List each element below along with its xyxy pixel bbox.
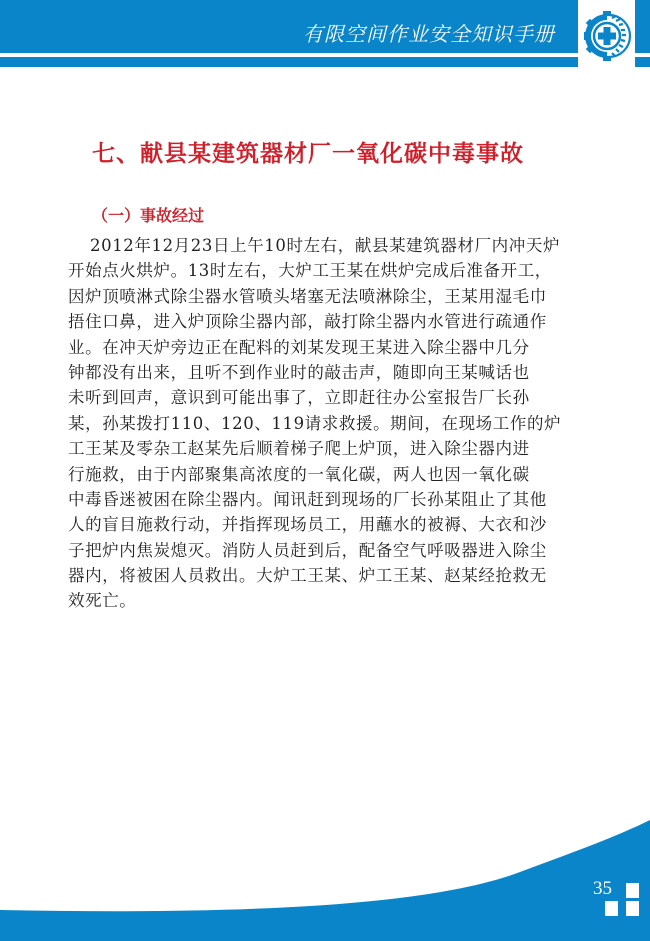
paragraph-line: 人的盲目施救行动，并指挥现场员工，用蘸水的被褥、大衣和沙	[68, 512, 595, 537]
paragraph-line: 开始点火烘炉。13时左右，大炉工王某在烘炉完成后准备开工，	[68, 258, 595, 283]
book-title: 有限空间作业安全知识手册	[303, 18, 555, 47]
logo	[578, 0, 635, 68]
section-title: （一）事故经过	[92, 203, 204, 226]
footer-wave	[0, 780, 650, 941]
paragraph-line: 2012年12月23日上午10时左右，献县某建筑器材厂内冲天炉	[90, 233, 595, 258]
paragraph-line: 器内，将被困人员救出。大炉工王某、炉工王某、赵某经抢救无	[68, 563, 595, 588]
body-paragraph: 2012年12月23日上午10时左右，献县某建筑器材厂内冲天炉 开始点火烘炉。1…	[90, 233, 595, 614]
chapter-title: 七、献县某建筑器材厂一氧化碳中毒事故	[92, 135, 524, 168]
paragraph-line: 某，孙某拨打110、120、119请求救援。期间，在现场工作的炉	[68, 411, 595, 436]
paragraph-line: 未听到回声，意识到可能出事了，立即赶往办公室报告厂长孙	[68, 385, 595, 410]
page-number: 35	[593, 878, 612, 900]
paragraph-line: 行施救，由于内部聚集高浓度的一氧化碳，两人也因一氧化碳	[68, 462, 595, 487]
header-stripe	[0, 57, 650, 67]
paragraph-line: 工王某及零杂工赵某先后顺着梯子爬上炉顶，进入除尘器内进	[68, 436, 595, 461]
paragraph-line: 钟都没有出来，且听不到作业时的敲击声，随即向王某喊话也	[68, 360, 595, 385]
paragraph-line: 子把炉内焦炭熄灭。消防人员赶到后，配备空气呼吸器进入除尘	[68, 538, 595, 563]
paragraph-line: 效死亡。	[68, 588, 595, 613]
paragraph-line: 捂住口鼻，进入炉顶除尘器内部，敲打除尘器内水管进行疏通作	[68, 309, 595, 334]
paragraph-line: 中毒昏迷被困在除尘器内。闻讯赶到现场的厂长孙某阻止了其他	[68, 487, 595, 512]
paragraph-line: 因炉顶喷淋式除尘器水管喷头堵塞无法喷淋除尘，王某用湿毛巾	[68, 284, 595, 309]
paragraph-line: 业。在冲天炉旁边正在配料的刘某发现王某进入除尘器中几分	[68, 335, 595, 360]
safety-cross-gear-icon	[581, 10, 633, 62]
